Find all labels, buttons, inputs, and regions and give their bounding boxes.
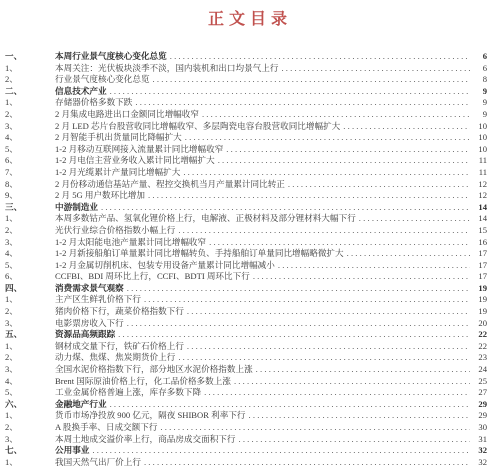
toc-entry-number: 4、	[5, 376, 55, 388]
toc-entry: 5、 1-2 月移动互联网接入流量累计同比增幅收窄 ..............…	[5, 144, 487, 156]
toc-entry-page: 22	[470, 329, 487, 341]
toc-entry-dots: ........................................…	[132, 97, 470, 109]
toc-entry-number: 2、	[5, 74, 55, 86]
toc-entry-page: 9	[470, 97, 487, 109]
toc-entry-dots: ........................................…	[184, 306, 470, 318]
toc-entry-label: 信息技术产业	[55, 86, 107, 98]
toc-entry-number: 2、	[5, 109, 55, 121]
toc-entry-label: 2 月 LED 芯片台股营收同比增幅收窄、多层陶瓷电容台股营收同比增幅扩大	[55, 121, 340, 133]
toc-entry-page: 10	[470, 121, 487, 133]
toc-entry-number: 1、	[5, 213, 55, 225]
toc-entry-page: 6	[470, 51, 487, 63]
toc-entry-dots: ........................................…	[223, 144, 470, 156]
toc-entry-label: 中游制造业	[55, 202, 98, 214]
toc-entry-page: 19	[470, 306, 487, 318]
toc-entry: 4、 Brent 国际原油价格上行，化工品价格多数上涨 ............…	[5, 376, 487, 388]
toc-entry: 一、 本周行业景气度核心变化总览 .......................…	[5, 51, 487, 63]
toc-entry-number: 3、	[5, 121, 55, 133]
toc-entry: 4、 1-2 月新接船舶订单量累计同比增幅转负、手持船舶订单量同比增幅略微扩大 …	[5, 248, 487, 260]
toc-entry-number: 6、	[5, 271, 55, 283]
toc-entry-dots: ........................................…	[275, 260, 470, 272]
toc-entry: 3、 电影票房收入下行 ............................…	[5, 318, 487, 330]
toc-entry-dots: ........................................…	[124, 318, 470, 330]
toc-entry-label: 1-2 月电信主营业务收入累计同比增幅扩大	[55, 155, 215, 167]
toc-entry: 5、 工业金属价格普遍上涨，库存多数下降 ...................…	[5, 387, 487, 399]
toc-entry-dots: ........................................…	[250, 271, 470, 283]
toc-entry-label: 1-2 月太阳能电池产量累计同比增幅收窄	[55, 237, 206, 249]
toc-entry: 1、 存储器价格多数下跌 ...........................…	[5, 97, 487, 109]
toc-entry-number: 5、	[5, 144, 55, 156]
toc-entry-label: 存储器价格多数下跌	[55, 97, 132, 109]
toc-entry-dots: ........................................…	[253, 364, 470, 376]
toc-entry-page: 17	[470, 248, 487, 260]
toc-entry-dots: ........................................…	[107, 86, 470, 98]
toc-entry-dots: ........................................…	[215, 155, 470, 167]
toc-entry: 7、 1-2 月光缆累计产量同比增幅扩大 ...................…	[5, 167, 487, 179]
toc-entry-label: 本周关注：光伏板块淡季不淡，国内装机和出口均景气上行	[55, 63, 278, 75]
toc-entry: 四、 消费需求景气观察 ............................…	[5, 283, 487, 295]
toc-entry-dots: ........................................…	[145, 190, 470, 202]
toc-entry-dots: ........................................…	[246, 410, 470, 422]
toc-entry: 4、 2 月智能手机出货量同比降幅扩大 ....................…	[5, 132, 487, 144]
toc-entry-label: 工业金属价格普遍上涨，库存多数下降	[55, 387, 201, 399]
toc-entry-number: 六、	[5, 399, 55, 411]
toc-entry-number: 五、	[5, 329, 55, 341]
toc-entry-dots: ........................................…	[231, 376, 470, 388]
toc-entry-page: 14	[470, 202, 487, 214]
toc-entry-page: 25	[470, 376, 487, 388]
toc-entry-page: 29	[470, 399, 487, 411]
toc-entry-page: 6	[470, 63, 487, 75]
toc-entry-label: 光伏行业综合价格指数小幅上行	[55, 225, 175, 237]
toc-entry-label: 猪肉价格下行，蔬菜价格指数下行	[55, 306, 184, 318]
toc-entry-number: 二、	[5, 86, 55, 98]
toc-entry-label: 2 月智能手机出货量同比降幅扩大	[55, 132, 182, 144]
toc-entry-page: 22	[470, 341, 487, 353]
toc-entry-dots: ........................................…	[150, 74, 470, 86]
toc-entry: 五、 资源品高频跟踪 .............................…	[5, 329, 487, 341]
toc-entry-page: 27	[470, 387, 487, 399]
toc-entry-dots: ........................................…	[141, 294, 470, 306]
toc-entry-page: 29	[470, 410, 487, 422]
toc-entry: 六、 金融地产行业 ..............................…	[5, 399, 487, 411]
toc-entry-page: 23	[470, 352, 487, 364]
page-title: 正文目录	[0, 6, 500, 29]
toc-entry-dots: ........................................…	[167, 51, 470, 63]
toc-entry-dots: ........................................…	[180, 167, 470, 179]
toc-entry: 二、 信息技术产业 ..............................…	[5, 86, 487, 98]
toc-entry-dots: ........................................…	[124, 283, 470, 295]
toc-entry-number: 1、	[5, 457, 55, 469]
toc-entry-page: 16	[470, 237, 487, 249]
toc-entry-page: 9	[470, 86, 487, 98]
toc-entry-number: 2、	[5, 225, 55, 237]
toc-entry-page: 10	[470, 144, 487, 156]
toc-entry-label: 电影票房收入下行	[55, 318, 124, 330]
toc-entry-dots: ........................................…	[157, 422, 470, 434]
toc-entry-number: 一、	[5, 51, 55, 63]
toc-entry-page: 12	[470, 179, 487, 191]
toc-entry-label: 1-2 月新接船舶订单量累计同比增幅转负、手持船舶订单量同比增幅略微扩大	[55, 248, 344, 260]
toc-entry-page: 10	[470, 132, 487, 144]
toc-entry-label: 本周土地成交溢价率上行，商品房成交面积下行	[55, 434, 235, 446]
toc-entry-number: 9、	[5, 190, 55, 202]
toc-entry-page: 8	[470, 74, 487, 86]
toc-entry-dots: ........................................…	[141, 457, 470, 469]
toc-entry: 8、 2 月份移动通信基站产量、程控交换机当月产量累计同比转正 ........…	[5, 179, 487, 191]
toc-entry-label: 消费需求景气观察	[55, 283, 124, 295]
toc-entry: 9、 2 月 5G 用户数环比增加 ......................…	[5, 190, 487, 202]
toc-entry: 5、 1-2 月金属切削机床、包装专用设备产量累计同比增幅减小 ........…	[5, 260, 487, 272]
toc-entry-page: 17	[470, 271, 487, 283]
toc-entry: 3、 1-2 月太阳能电池产量累计同比增幅收窄 ................…	[5, 237, 487, 249]
toc-entry-number: 5、	[5, 260, 55, 272]
toc-entry: 1、 我国天然气出厂价上行 ..........................…	[5, 457, 487, 469]
toc-entry: 3、 2 月 LED 芯片台股营收同比增幅收窄、多层陶瓷电容台股营收同比增幅扩大…	[5, 121, 487, 133]
toc-entry: 3、 本周土地成交溢价率上行，商品房成交面积下行 ...............…	[5, 434, 487, 446]
toc-entry: 七、 公用事业 ................................…	[5, 445, 487, 457]
toc-entry-dots: ........................................…	[235, 434, 470, 446]
toc-entry: 1、 本周关注：光伏板块淡季不淡，国内装机和出口均景气上行 ..........…	[5, 63, 487, 75]
toc-entry-number: 4、	[5, 132, 55, 144]
toc-entry-number: 8、	[5, 179, 55, 191]
toc-entry: 3、 全国水泥价格指数下行，部分地区水泥价格指数上涨 .............…	[5, 364, 487, 376]
toc-entry: 2、 行业景气度核心变化总览 .........................…	[5, 74, 487, 86]
toc-entry-dots: ........................................…	[340, 121, 470, 133]
toc-entry-dots: ........................................…	[344, 248, 470, 260]
toc-entry: 2、 2 月集成电路进出口金额同比增幅收窄 ..................…	[5, 109, 487, 121]
toc-entry-dots: ........................................…	[206, 237, 470, 249]
toc-entry-dots: ........................................…	[89, 445, 470, 457]
toc-entry-label: 动力煤、焦煤、焦炭期货价上行	[55, 352, 175, 364]
toc-entry-dots: ........................................…	[182, 132, 470, 144]
document-page: { "page": { "title": "正文目录", "title_colo…	[0, 0, 500, 474]
toc-entry-label: 1-2 月移动互联网接入流量累计同比增幅收窄	[55, 144, 223, 156]
toc-entry: 2、 光伏行业综合价格指数小幅上行 ......................…	[5, 225, 487, 237]
toc-entry-label: 资源品高频跟踪	[55, 329, 115, 341]
toc-entry-number: 1、	[5, 341, 55, 353]
toc-entry-label: 全国水泥价格指数下行，部分地区水泥价格指数上涨	[55, 364, 253, 376]
toc-entry-number: 3、	[5, 364, 55, 376]
toc-entry-page: 32	[470, 457, 487, 469]
toc-entry-label: Brent 国际原油价格上行，化工品价格多数上涨	[55, 376, 231, 388]
toc-entry-label: 行业景气度核心变化总览	[55, 74, 150, 86]
toc-entry-dots: ........................................…	[107, 399, 470, 411]
toc-entry-page: 20	[470, 318, 487, 330]
toc-entry-number: 1、	[5, 97, 55, 109]
toc-entry-dots: ........................................…	[278, 63, 470, 75]
toc-entry-number: 5、	[5, 387, 55, 399]
toc-entry-dots: ........................................…	[201, 387, 470, 399]
toc-entry-number: 2、	[5, 306, 55, 318]
toc-entry-number: 四、	[5, 283, 55, 295]
toc-entry-page: 11	[470, 155, 487, 167]
toc-entry-page: 31	[470, 434, 487, 446]
toc-entry: 三、 中游制造业 ...............................…	[5, 202, 487, 214]
toc-entry-label: 钢材成交量下行，铁矿石价格上行	[55, 341, 184, 353]
toc-entry-page: 24	[470, 364, 487, 376]
toc-entry-page: 15	[470, 225, 487, 237]
toc-entry-label: 公用事业	[55, 445, 89, 457]
toc-entry: 2、 动力煤、焦煤、焦炭期货价上行 ......................…	[5, 352, 487, 364]
toc-entry-label: 金融地产行业	[55, 399, 107, 411]
toc-entry-label: 本周多数钴产品、氢氧化锂价格上行，电解液、正极材料及部分锂材料大幅下行	[55, 213, 356, 225]
toc-entry-page: 9	[470, 109, 487, 121]
toc-entry-label: A 股换手率、日成交额下行	[55, 422, 157, 434]
toc-entry: 1、 本周多数钴产品、氢氧化锂价格上行，电解液、正极材料及部分锂材料大幅下行 .…	[5, 213, 487, 225]
toc-entry-label: 1-2 月金属切削机床、包装专用设备产量累计同比增幅减小	[55, 260, 275, 272]
toc-entry-label: 1-2 月光缆累计产量同比增幅扩大	[55, 167, 180, 179]
toc-entry: 1、 主产区生鲜乳价格下行 ..........................…	[5, 294, 487, 306]
toc-entry-page: 30	[470, 422, 487, 434]
toc-entry-label: 我国天然气出厂价上行	[55, 457, 141, 469]
toc-entry-dots: ........................................…	[98, 202, 470, 214]
toc-entry-label: 本周行业景气度核心变化总览	[55, 51, 167, 63]
toc-entry-label: CCFBI、BDI 周环比上行，CCFI、BDTI 周环比下行	[55, 271, 250, 283]
toc-entry-dots: ........................................…	[115, 329, 470, 341]
toc-entry-label: 2 月份移动通信基站产量、程控交换机当月产量累计同比转正	[55, 179, 285, 191]
toc-entry-number: 1、	[5, 410, 55, 422]
toc-entry-label: 2 月 5G 用户数环比增加	[55, 190, 145, 202]
toc-entry: 1、 货币市场净投放 900 亿元，隔夜 SHIBOR 利率下行 .......…	[5, 410, 487, 422]
toc-entry-page: 11	[470, 167, 487, 179]
toc-entry-dots: ........................................…	[199, 109, 470, 121]
toc-entry-number: 4、	[5, 248, 55, 260]
toc-entry-number: 6、	[5, 155, 55, 167]
toc-entry-number: 3、	[5, 434, 55, 446]
toc-entry-page: 17	[470, 260, 487, 272]
toc-entry: 1、 钢材成交量下行，铁矿石价格上行 .....................…	[5, 341, 487, 353]
toc-entry-dots: ........................................…	[175, 352, 470, 364]
toc-entry-number: 3、	[5, 318, 55, 330]
toc-entry: 6、 CCFBI、BDI 周环比上行，CCFI、BDTI 周环比下行 .....…	[5, 271, 487, 283]
toc-list: 一、 本周行业景气度核心变化总览 .......................…	[5, 51, 487, 468]
toc-entry-label: 主产区生鲜乳价格下行	[55, 294, 141, 306]
toc-entry-page: 14	[470, 213, 487, 225]
toc-entry-number: 七、	[5, 445, 55, 457]
toc-entry-label: 2 月集成电路进出口金额同比增幅收窄	[55, 109, 199, 121]
toc-entry-page: 19	[470, 283, 487, 295]
toc-entry-dots: ........................................…	[356, 213, 470, 225]
toc-entry-page: 12	[470, 190, 487, 202]
toc-entry-number: 2、	[5, 352, 55, 364]
toc-entry-number: 1、	[5, 63, 55, 75]
toc-entry-number: 3、	[5, 237, 55, 249]
toc-entry-number: 三、	[5, 202, 55, 214]
toc-entry: 2、 猪肉价格下行，蔬菜价格指数下行 .....................…	[5, 306, 487, 318]
toc-entry-number: 2、	[5, 422, 55, 434]
toc-entry-page: 32	[470, 445, 487, 457]
toc-entry-page: 19	[470, 294, 487, 306]
toc-entry-number: 1、	[5, 294, 55, 306]
toc-entry-number: 7、	[5, 167, 55, 179]
toc-entry-label: 货币市场净投放 900 亿元，隔夜 SHIBOR 利率下行	[55, 410, 246, 422]
toc-entry-dots: ........................................…	[184, 341, 470, 353]
toc-entry: 6、 1-2 月电信主营业务收入累计同比增幅扩大 ...............…	[5, 155, 487, 167]
toc-entry-dots: ........................................…	[285, 179, 470, 191]
toc-entry: 2、 A 股换手率、日成交额下行 .......................…	[5, 422, 487, 434]
toc-entry-dots: ........................................…	[175, 225, 470, 237]
